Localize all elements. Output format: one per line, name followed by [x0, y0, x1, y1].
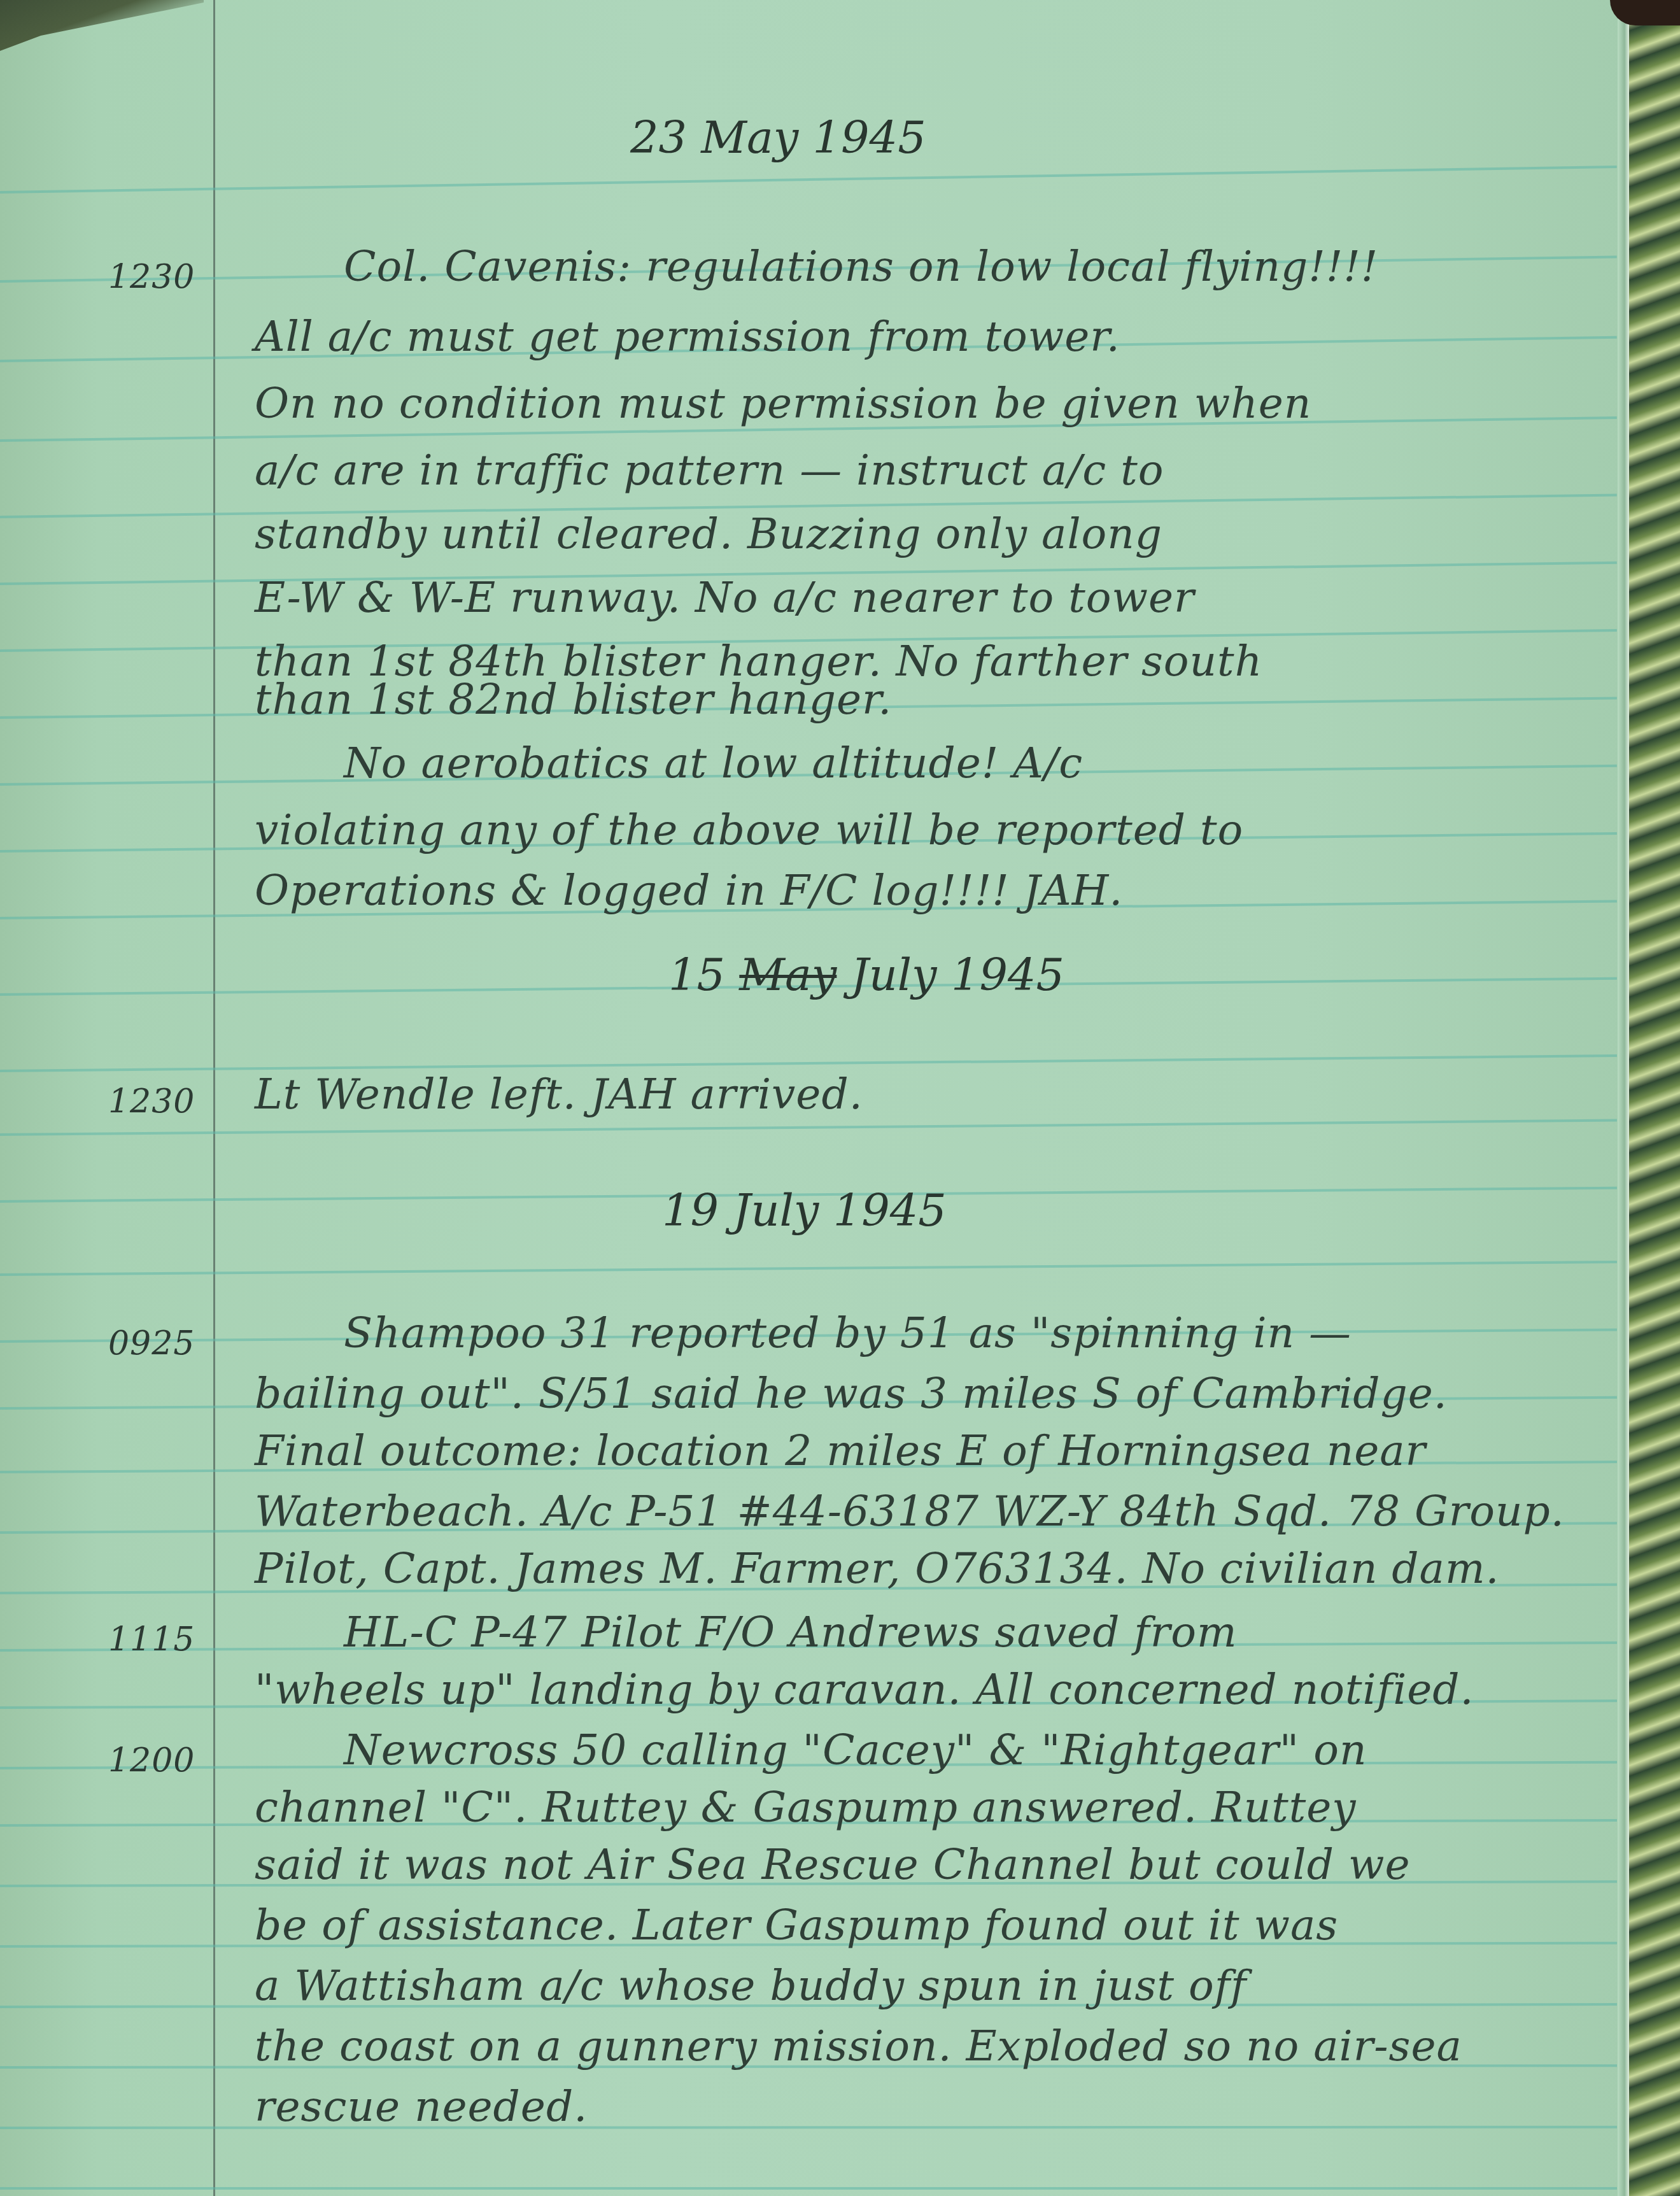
- entry-line: violating any of the above will be repor…: [255, 805, 1243, 854]
- entry-line: Shampoo 31 reported by 51 as "spinning i…: [344, 1308, 1352, 1357]
- entry-date: 15 May July 1945: [668, 949, 1064, 1001]
- entry-time: 1230: [108, 258, 195, 296]
- ruled-line: [0, 166, 1617, 194]
- entry-line: HL-C P-47 Pilot F/O Andrews saved from: [344, 1608, 1238, 1657]
- entry-line: channel "C". Ruttey & Gaspump answered. …: [255, 1783, 1357, 1832]
- page-corner-shadow: [0, 0, 204, 51]
- entry-line: Final outcome: location 2 miles E of Hor…: [255, 1426, 1426, 1475]
- entry-line: No aerobatics at low altitude! A/c: [344, 739, 1083, 788]
- struck-month: May: [739, 949, 836, 1001]
- ruled-line: [0, 1119, 1617, 1136]
- entry-line: Pilot, Capt. James M. Farmer, O763134. N…: [255, 1544, 1500, 1593]
- entry-line: Operations & logged in F/C log!!!! JAH.: [255, 866, 1123, 915]
- entry-line: Col. Cavenis: regulations on low local f…: [344, 242, 1378, 291]
- ruled-line: [0, 2187, 1617, 2190]
- entry-date: 23 May 1945: [630, 111, 926, 164]
- entry-line: the coast on a gunnery mission. Exploded…: [255, 2022, 1462, 2071]
- logbook-page: 23 May 1945 1230 Col. Cavenis: regulatio…: [0, 0, 1630, 2196]
- entry-date: 19 July 1945: [662, 1184, 947, 1236]
- entry-line: Waterbeach. A/c P-51 #44-63187 WZ-Y 84th…: [255, 1487, 1565, 1536]
- entry-line: On no condition must permission be given…: [255, 379, 1311, 428]
- margin-line: [213, 0, 215, 2196]
- page-edge: [1618, 0, 1629, 2196]
- entry-line: Newcross 50 calling "Cacey" & "Rightgear…: [344, 1725, 1367, 1775]
- ruled-line: [0, 2126, 1617, 2129]
- book-binding: [1629, 0, 1680, 2196]
- entry-line: said it was not Air Sea Rescue Channel b…: [255, 1840, 1411, 1889]
- entry-line: rescue needed.: [255, 2082, 588, 2131]
- ruled-line: [0, 1261, 1617, 1276]
- entry-time: 1115: [108, 1620, 195, 1659]
- entry-time: 1230: [108, 1082, 195, 1121]
- entry-line: "wheels up" landing by caravan. All conc…: [255, 1665, 1474, 1714]
- entry-line: be of assistance. Later Gaspump found ou…: [255, 1901, 1338, 1950]
- entry-line: bailing out". S/51 said he was 3 miles S…: [255, 1369, 1448, 1418]
- date-month-year: July 1945: [851, 949, 1064, 1001]
- entry-line: a Wattisham a/c whose buddy spun in just…: [255, 1961, 1247, 2010]
- entry-line: than 1st 82nd blister hanger.: [255, 675, 892, 724]
- entry-line: All a/c must get permission from tower.: [255, 312, 1120, 361]
- entry-line: E-W & W-E runway. No a/c nearer to tower: [255, 573, 1195, 622]
- entry-line: a/c are in traffic pattern — instruct a/…: [255, 446, 1164, 495]
- entry-time: 0925: [108, 1324, 195, 1363]
- date-day: 15: [668, 949, 725, 1001]
- entry-line: Lt Wendle left. JAH arrived.: [255, 1070, 863, 1119]
- entry-time: 1200: [108, 1741, 195, 1780]
- entry-line: standby until cleared. Buzzing only alon…: [255, 509, 1162, 558]
